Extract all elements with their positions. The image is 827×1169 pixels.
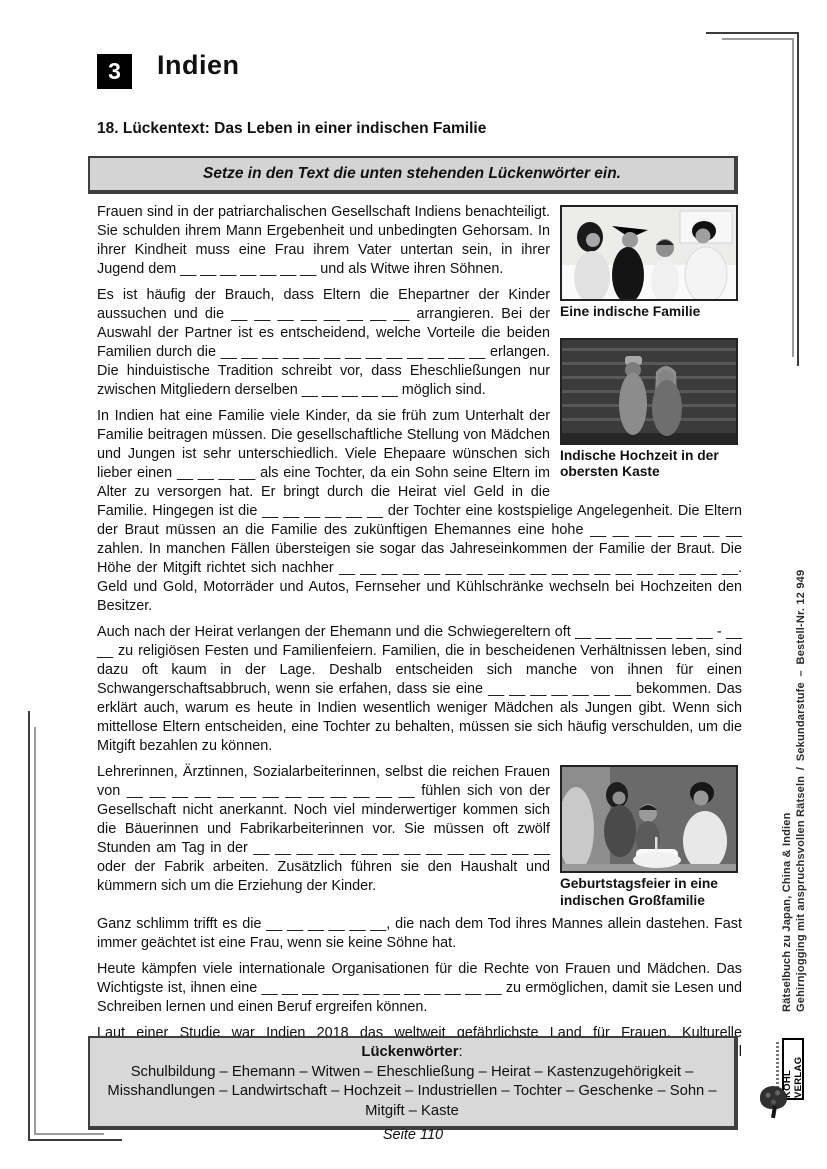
instruction-box: Setze in den Text die unten stehenden Lü… xyxy=(88,156,738,194)
word-bank-title: Lückenwörter xyxy=(361,1044,458,1060)
figure-column-top: Eine indische Familie xyxy=(560,205,742,481)
wedding-photo xyxy=(560,338,738,445)
sidebar-book-title: Rätselbuch zu Japan, China & Indien xyxy=(781,588,795,1012)
figure-caption-birthday: Geburtstagsfeier in eine indischen Großf… xyxy=(560,876,742,909)
worksheet-page: 3 Indien 18. Lückentext: Das Leben in ei… xyxy=(0,0,827,1169)
family-photo xyxy=(560,205,738,301)
paragraph-4: Auch nach der Heirat verlangen der Ehema… xyxy=(97,623,742,756)
paragraph-6: Ganz schlimm trifft es die __ __ __ __ _… xyxy=(97,915,742,953)
page-number: Seite 110 xyxy=(88,1127,738,1143)
figure-caption-family: Eine indische Familie xyxy=(560,304,742,321)
word-bank-colon: : xyxy=(458,1044,462,1060)
worksheet-text: Eine indische Familie xyxy=(97,203,742,1088)
publisher-logo-text: KOHL VERLAG xyxy=(782,1040,804,1098)
sidebar-series-info: Gehirnjogging mit anspruchsvollen Rätsel… xyxy=(795,588,809,1012)
word-bank-words: Schulbildung – Ehemann – Witwen – Ehesch… xyxy=(107,1064,716,1119)
section-heading: 18. Lückentext: Das Leben in einer indis… xyxy=(97,120,486,138)
paragraph-7: Heute kämpfen viele internationale Organ… xyxy=(97,960,742,1017)
birthday-photo xyxy=(560,765,738,873)
figure-column-bottom: Geburtstagsfeier in eine indischen Großf… xyxy=(560,765,742,909)
publisher-sidebar-text: Rätselbuch zu Japan, China & Indien Gehi… xyxy=(781,588,808,1012)
chapter-number-badge: 3 xyxy=(97,54,132,89)
publisher-logo: KOHL VERLAG xyxy=(782,1038,804,1100)
figure-birthday: Geburtstagsfeier in eine indischen Großf… xyxy=(560,765,742,909)
figure-family: Eine indische Familie xyxy=(560,205,742,321)
figure-caption-wedding: Indische Hochzeit in der obersten Kaste xyxy=(560,448,742,481)
figure-wedding: Indische Hochzeit in der obersten Kaste xyxy=(560,338,742,481)
word-bank-box: Lückenwörter: Schulbildung – Ehemann – W… xyxy=(88,1036,738,1130)
tree-logo-trunk xyxy=(771,1106,777,1119)
page-title: Indien xyxy=(157,50,240,81)
